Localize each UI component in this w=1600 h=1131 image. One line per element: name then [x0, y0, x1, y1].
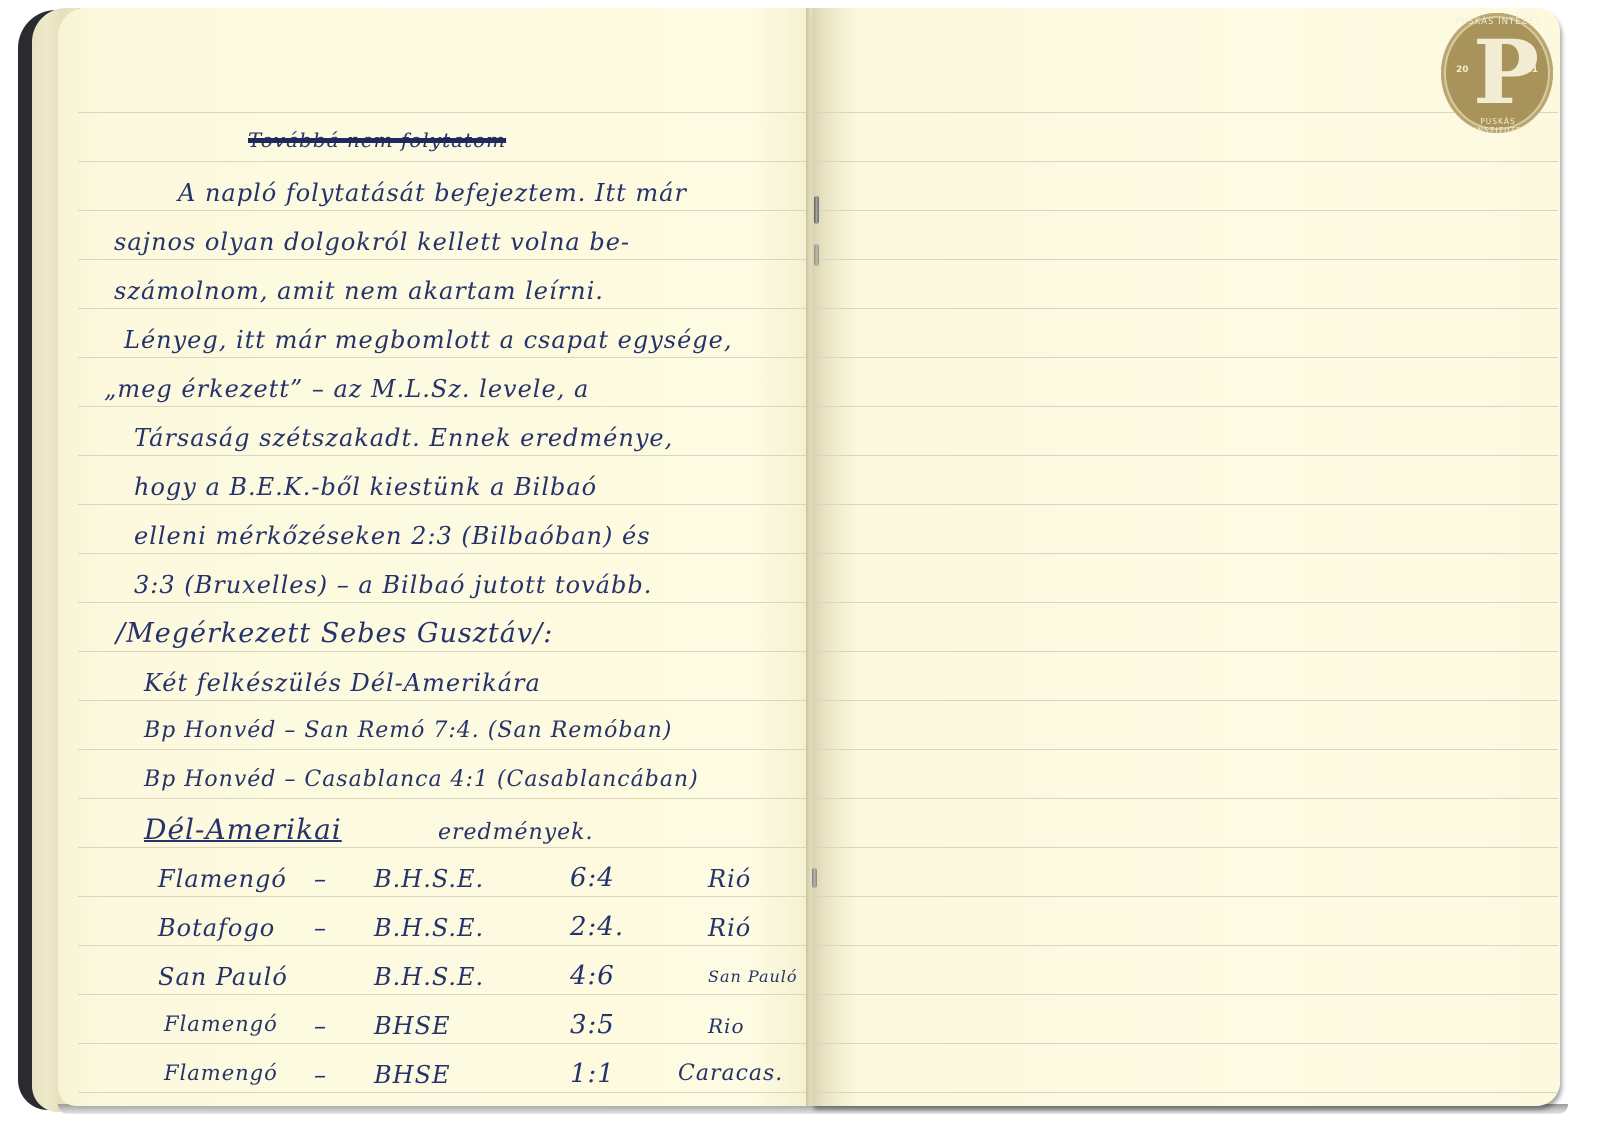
home-team: San Pauló: [158, 963, 288, 991]
dash: –: [314, 865, 327, 893]
ruled-line: [78, 945, 828, 946]
ruled-line: [818, 504, 1558, 505]
notebook-spread: Továbbá nem folytatom A napló folytatásá…: [18, 4, 1590, 1122]
diary-line-11: Két felkészülés Dél-Amerikára: [144, 669, 541, 697]
ruled-line: [818, 308, 1558, 309]
venue: Rio: [708, 1014, 745, 1038]
ruled-line: [818, 357, 1558, 358]
away-team: BHSE: [374, 1061, 451, 1089]
ruled-line: [818, 1092, 1558, 1093]
ruled-line: [78, 357, 828, 358]
ruled-line: [78, 1043, 828, 1044]
venue: Rió: [708, 865, 751, 893]
ruled-line: [818, 259, 1558, 260]
diary-line-3: számolnom, amit nem akartam leírni.: [114, 277, 604, 305]
ruled-line: [78, 798, 828, 799]
score: 1:1: [570, 1059, 615, 1089]
ruled-line: [78, 651, 828, 652]
diary-line-2: sajnos olyan dolgokról kellett volna be-: [114, 228, 630, 256]
home-team: Flamengó: [164, 1061, 278, 1085]
ruled-line: [818, 553, 1558, 554]
ruled-line: [818, 798, 1558, 799]
ruled-line: [78, 308, 828, 309]
ruled-line: [818, 455, 1558, 456]
staple-top: [814, 196, 819, 224]
diary-line-12: Bp Honvéd – San Remó 7:4. (San Remóban): [144, 718, 672, 743]
results-heading: Dél-Amerikai: [144, 813, 372, 846]
right-page: [812, 8, 1560, 1106]
score: 3:5: [570, 1010, 615, 1040]
venue: San Pauló: [708, 967, 798, 986]
left-page: Továbbá nem folytatom A napló folytatásá…: [58, 8, 830, 1106]
home-team: Botafogo: [158, 914, 275, 942]
ruled-line: [818, 749, 1558, 750]
home-team: Flamengó: [164, 1012, 278, 1036]
dash: –: [314, 914, 327, 942]
ruled-line: [78, 700, 828, 701]
score: 4:6: [570, 961, 615, 991]
struck-heading: Továbbá nem folytatom: [248, 128, 506, 152]
ruled-line: [78, 406, 828, 407]
logo-year-right: 11: [1525, 65, 1538, 75]
ruled-line: [78, 504, 828, 505]
ruled-line: [78, 994, 828, 995]
ruled-line: [818, 1043, 1558, 1044]
ruled-line: [818, 161, 1558, 162]
venue: Rió: [708, 914, 751, 942]
dash: –: [314, 1061, 327, 1089]
ruled-line: [78, 112, 828, 113]
staple-mid: [814, 244, 819, 266]
ruled-line: [78, 259, 828, 260]
diary-line-4: Lényeg, itt már megbomlott a csapat egys…: [124, 326, 732, 354]
diary-line-5: „meg érkezett” – az M.L.Sz. levele, a: [104, 375, 589, 403]
ruled-line: [78, 896, 828, 897]
dash: –: [314, 1012, 327, 1040]
ruled-line: [818, 945, 1558, 946]
away-team: BHSE: [374, 1012, 451, 1040]
ruled-line: [78, 1092, 828, 1093]
ruled-line: [818, 896, 1558, 897]
ruled-line: [78, 553, 828, 554]
diary-line-10: /Megérkezett Sebes Gusztáv/:: [116, 618, 553, 649]
ruled-line: [818, 210, 1558, 211]
puskas-institute-logo: PUSKÁS INTÉZET 20 P 11 PUSKÁS INSTITUTE: [1441, 13, 1553, 133]
ruled-line: [818, 847, 1558, 848]
logo-text-bottom: PUSKÁS INSTITUTE: [1455, 117, 1541, 135]
ruled-line: [818, 651, 1558, 652]
venue: Caracas.: [678, 1061, 783, 1086]
ruled-line: [818, 700, 1558, 701]
score: 6:4: [570, 863, 615, 893]
ruled-line: [818, 602, 1558, 603]
away-team: B.H.S.E.: [374, 963, 484, 991]
diary-line-6: Társaság szétszakadt. Ennek eredménye,: [134, 424, 673, 452]
logo-year-left: 20: [1456, 65, 1469, 75]
ruled-line: [78, 210, 828, 211]
ruled-line: [78, 602, 828, 603]
staple-bottom: [812, 868, 817, 888]
diary-line-7: hogy a B.E.K.-ből kiestünk a Bilbaó: [134, 473, 597, 501]
diary-line-1: A napló folytatását befejeztem. Itt már: [178, 179, 687, 207]
ruled-line: [818, 406, 1558, 407]
logo-letter-icon: P: [1473, 29, 1523, 115]
diary-line-13: Bp Honvéd – Casablanca 4:1 (Casablancába…: [144, 767, 699, 792]
ruled-line: [818, 994, 1558, 995]
ruled-line: [78, 161, 828, 162]
ruled-line: [78, 749, 828, 750]
ruled-line: [78, 455, 828, 456]
ruled-line: [78, 847, 828, 848]
home-team: Flamengó: [158, 865, 287, 893]
away-team: B.H.S.E.: [374, 865, 484, 893]
diary-line-9: 3:3 (Bruxelles) – a Bilbaó jutott tovább…: [134, 571, 652, 599]
ruled-line: [818, 112, 1558, 113]
away-team: B.H.S.E.: [374, 914, 484, 942]
results-heading-suffix: eredmények.: [438, 820, 593, 845]
score: 2:4.: [570, 912, 624, 942]
diary-line-8: elleni mérkőzéseken 2:3 (Bilbaóban) és: [134, 522, 651, 550]
